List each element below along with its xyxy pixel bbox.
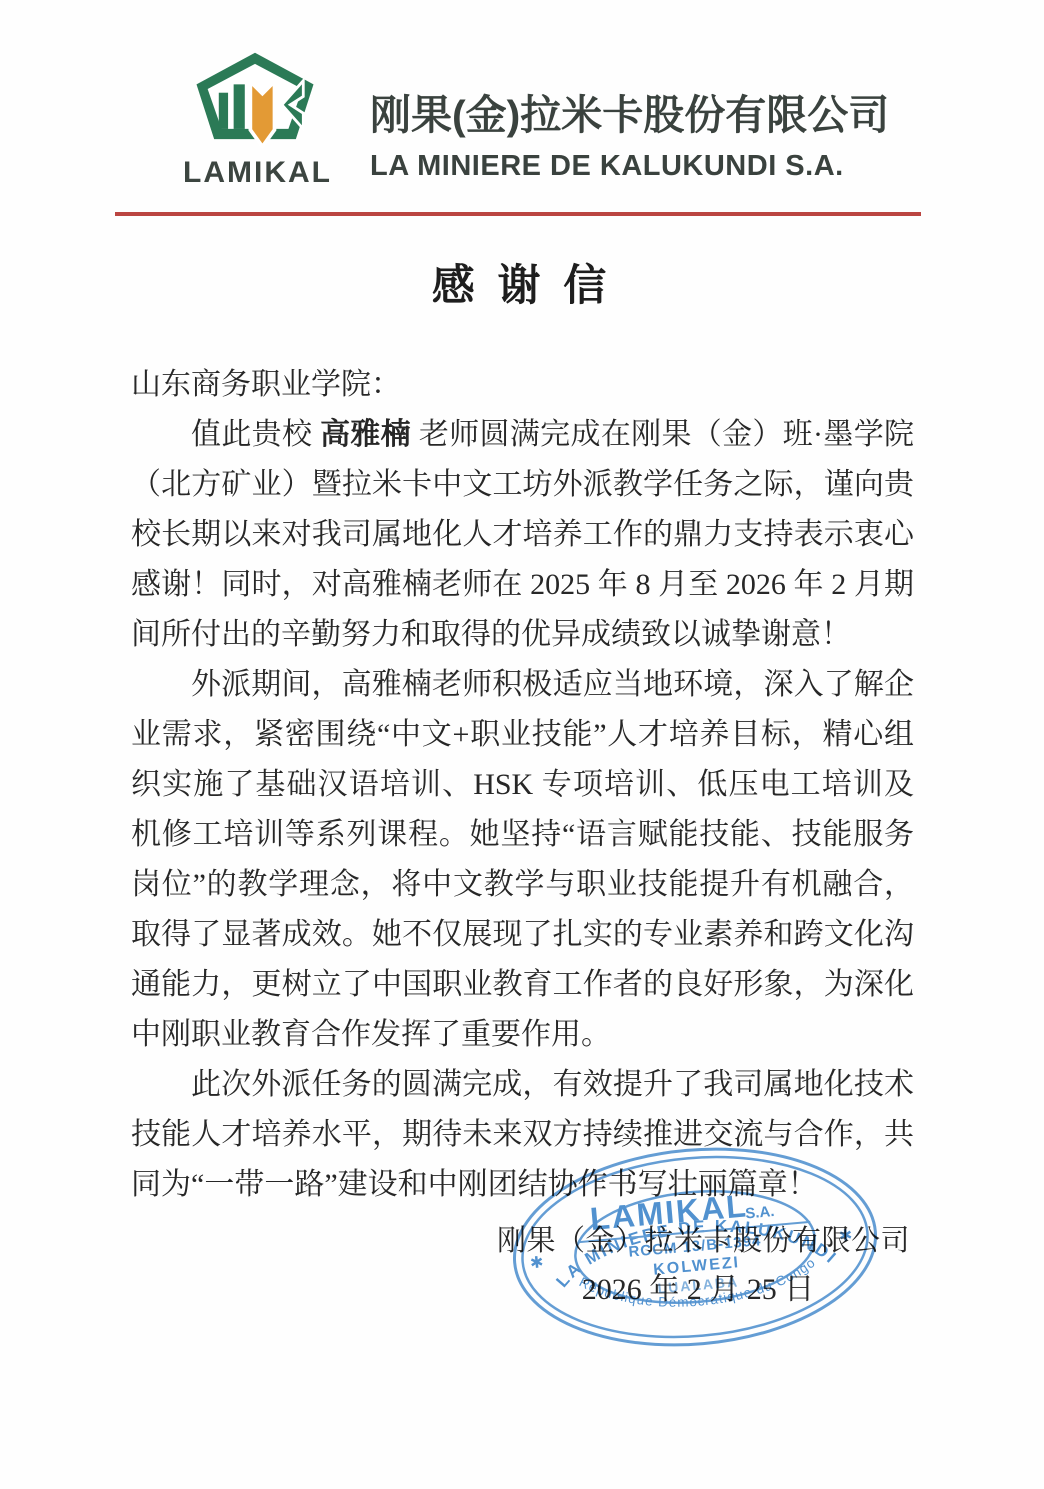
letter-page: LAMIKAL 刚果(金)拉米卡股份有限公司 LA MINIERE DE KAL… xyxy=(0,0,1044,1489)
paragraph-3: 此次外派任务的圆满完成，有效提升了我司属地化技术技能人才培养水平，期待未来双方持… xyxy=(131,1060,914,1210)
logo-bar-1 xyxy=(219,93,228,129)
salutation: 山东商务职业学院： xyxy=(131,360,914,410)
red-divider xyxy=(115,212,921,216)
paragraph-1-suffix: 老师圆满完成在刚果（金）班·墨学院（北方矿业）暨拉米卡中文工坊外派教学任务之际，… xyxy=(131,418,914,651)
logo-wordmark: LAMIKAL xyxy=(183,156,327,190)
letter-title: 感 谢 信 xyxy=(0,252,1044,313)
paragraph-2: 外派期间，高雅楠老师积极适应当地环境，深入了解企业需求，紧密围绕“中文+职业技能… xyxy=(131,660,914,1060)
letterhead: 刚果(金)拉米卡股份有限公司 LA MINIERE DE KALUKUNDI S… xyxy=(370,82,930,183)
letter-body: 山东商务职业学院： 值此贵校 高雅楠 老师圆满完成在刚果（金）班·墨学院（北方矿… xyxy=(131,360,914,1210)
paragraph-1: 值此贵校 高雅楠 老师圆满完成在刚果（金）班·墨学院（北方矿业）暨拉米卡中文工坊… xyxy=(131,410,914,660)
lamikal-logo-icon xyxy=(186,50,324,154)
logo-bar-2 xyxy=(234,84,245,129)
logo-pillar xyxy=(250,82,274,147)
signature-company: 刚果（金）拉米卡股份有限公司 xyxy=(497,1218,910,1259)
signature-date: 2026 年 2 月 25 日 xyxy=(560,1264,836,1308)
logo-block: LAMIKAL xyxy=(183,50,327,190)
paragraph-1-prefix: 值此贵校 xyxy=(191,418,320,451)
company-name-fr: LA MINIERE DE KALUKUNDI S.A. xyxy=(370,150,930,183)
company-name-zh: 刚果(金)拉米卡股份有限公司 xyxy=(370,82,930,141)
teacher-name: 高雅楠 xyxy=(320,418,411,451)
